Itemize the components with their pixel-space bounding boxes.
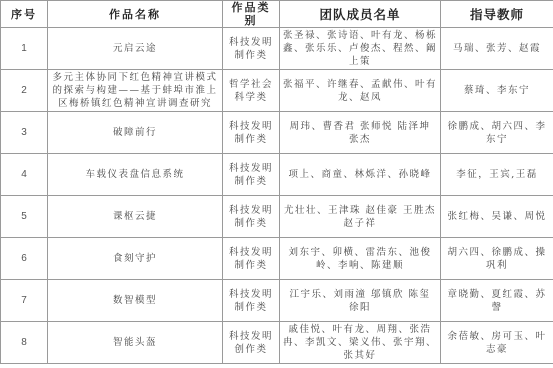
row-name: 课枢云捷 (48, 196, 223, 238)
header-category: 作品类别 (223, 1, 280, 28)
row-index: 8 (1, 322, 48, 364)
row-index: 7 (1, 280, 48, 322)
row-category: 科技发明制作类 (223, 196, 280, 238)
row-members: 项上、商童、林烁洋、孙晓峰 (280, 154, 441, 196)
header-name: 作品名称 (48, 1, 223, 28)
row-index: 6 (1, 238, 48, 280)
row-members: 江宇乐、刘雨潼 邬镇欣 陈玺 徐阳 (280, 280, 441, 322)
row-advisors: 徐鹏成、胡六四、李东宁 (441, 112, 553, 154)
table-row: 3 破障前行 科技发明制作类 周玮、曹香君 张师悦 陆泽坤 张杰 徐鹏成、胡六四… (1, 112, 553, 154)
table-header-row: 序号 作品名称 作品类别 团队成员名单 指导教师 (1, 1, 553, 28)
row-category: 哲学社会科学类 (223, 70, 280, 112)
row-name: 数智模型 (48, 280, 223, 322)
row-category: 科技发明创作类 (223, 322, 280, 364)
row-members: 张福平、许继春、孟献伟、叶有龙、赵凤 (280, 70, 441, 112)
table-row: 5 课枢云捷 科技发明制作类 尤壮壮、王津珠 赵佳豪 王胜杰 赵子祥 张红梅、吴… (1, 196, 553, 238)
row-advisors: 胡六四、徐鹏成、操巩利 (441, 238, 553, 280)
row-category: 科技发明制作类 (223, 154, 280, 196)
row-members: 周玮、曹香君 张师悦 陆泽坤 张杰 (280, 112, 441, 154)
row-name: 食刻守护 (48, 238, 223, 280)
row-name: 多元主体协同下红色精神宣讲模式的探索与构建——基于蚌埠市淮上区梅桥镇红色精神宣讲… (48, 70, 223, 112)
row-members: 尤壮壮、王津珠 赵佳豪 王胜杰 赵子祥 (280, 196, 441, 238)
header-members: 团队成员名单 (280, 1, 441, 28)
row-name: 破障前行 (48, 112, 223, 154)
row-index: 2 (1, 70, 48, 112)
row-advisors: 蔡琦、李东宁 (441, 70, 553, 112)
table-row: 1 元启云途 科技发明制作类 张圣禄、张诗语、叶有龙、杨栎鑫、张乐乐、卢俊杰、程… (1, 28, 553, 70)
header-index: 序号 (1, 1, 48, 28)
row-advisors: 章晓勤、夏红霞、苏謦 (441, 280, 553, 322)
row-advisors: 张红梅、吴谦、周悦 (441, 196, 553, 238)
table-row: 8 智能头盔 科技发明创作类 戚佳悦、叶有龙、周翔、张浩冉、李凯文、梁义伟、张宇… (1, 322, 553, 364)
row-members: 张圣禄、张诗语、叶有龙、杨栎鑫、张乐乐、卢俊杰、程然、阚上策 (280, 28, 441, 70)
table-row: 6 食刻守护 科技发明制作类 刘东宇、卯横、雷浩东、池俊岭、李响、陈建顺 胡六四… (1, 238, 553, 280)
row-advisors: 余蓓敏、房可玉、叶志豪 (441, 322, 553, 364)
row-name: 智能头盔 (48, 322, 223, 364)
awards-table: 序号 作品名称 作品类别 团队成员名单 指导教师 1 元启云途 科技发明制作类 … (0, 0, 553, 364)
table-row: 4 车载仪表盘信息系统 科技发明制作类 项上、商童、林烁洋、孙晓峰 李征，王宾,… (1, 154, 553, 196)
row-members: 戚佳悦、叶有龙、周翔、张浩冉、李凯文、梁义伟、张宇翔、张其好 (280, 322, 441, 364)
header-advisors: 指导教师 (441, 1, 553, 28)
row-index: 4 (1, 154, 48, 196)
row-category: 科技发明制作类 (223, 238, 280, 280)
row-name: 元启云途 (48, 28, 223, 70)
table-row: 7 数智模型 科技发明制作类 江宇乐、刘雨潼 邬镇欣 陈玺 徐阳 章晓勤、夏红霞… (1, 280, 553, 322)
row-advisors: 李征，王宾,王磊 (441, 154, 553, 196)
row-members: 刘东宇、卯横、雷浩东、池俊岭、李响、陈建顺 (280, 238, 441, 280)
row-advisors: 马瑞、张芳、赵霞 (441, 28, 553, 70)
table-row: 2 多元主体协同下红色精神宣讲模式的探索与构建——基于蚌埠市淮上区梅桥镇红色精神… (1, 70, 553, 112)
row-index: 1 (1, 28, 48, 70)
row-name: 车载仪表盘信息系统 (48, 154, 223, 196)
row-category: 科技发明制作类 (223, 280, 280, 322)
row-index: 5 (1, 196, 48, 238)
row-index: 3 (1, 112, 48, 154)
row-category: 科技发明制作类 (223, 112, 280, 154)
row-category: 科技发明制作类 (223, 28, 280, 70)
